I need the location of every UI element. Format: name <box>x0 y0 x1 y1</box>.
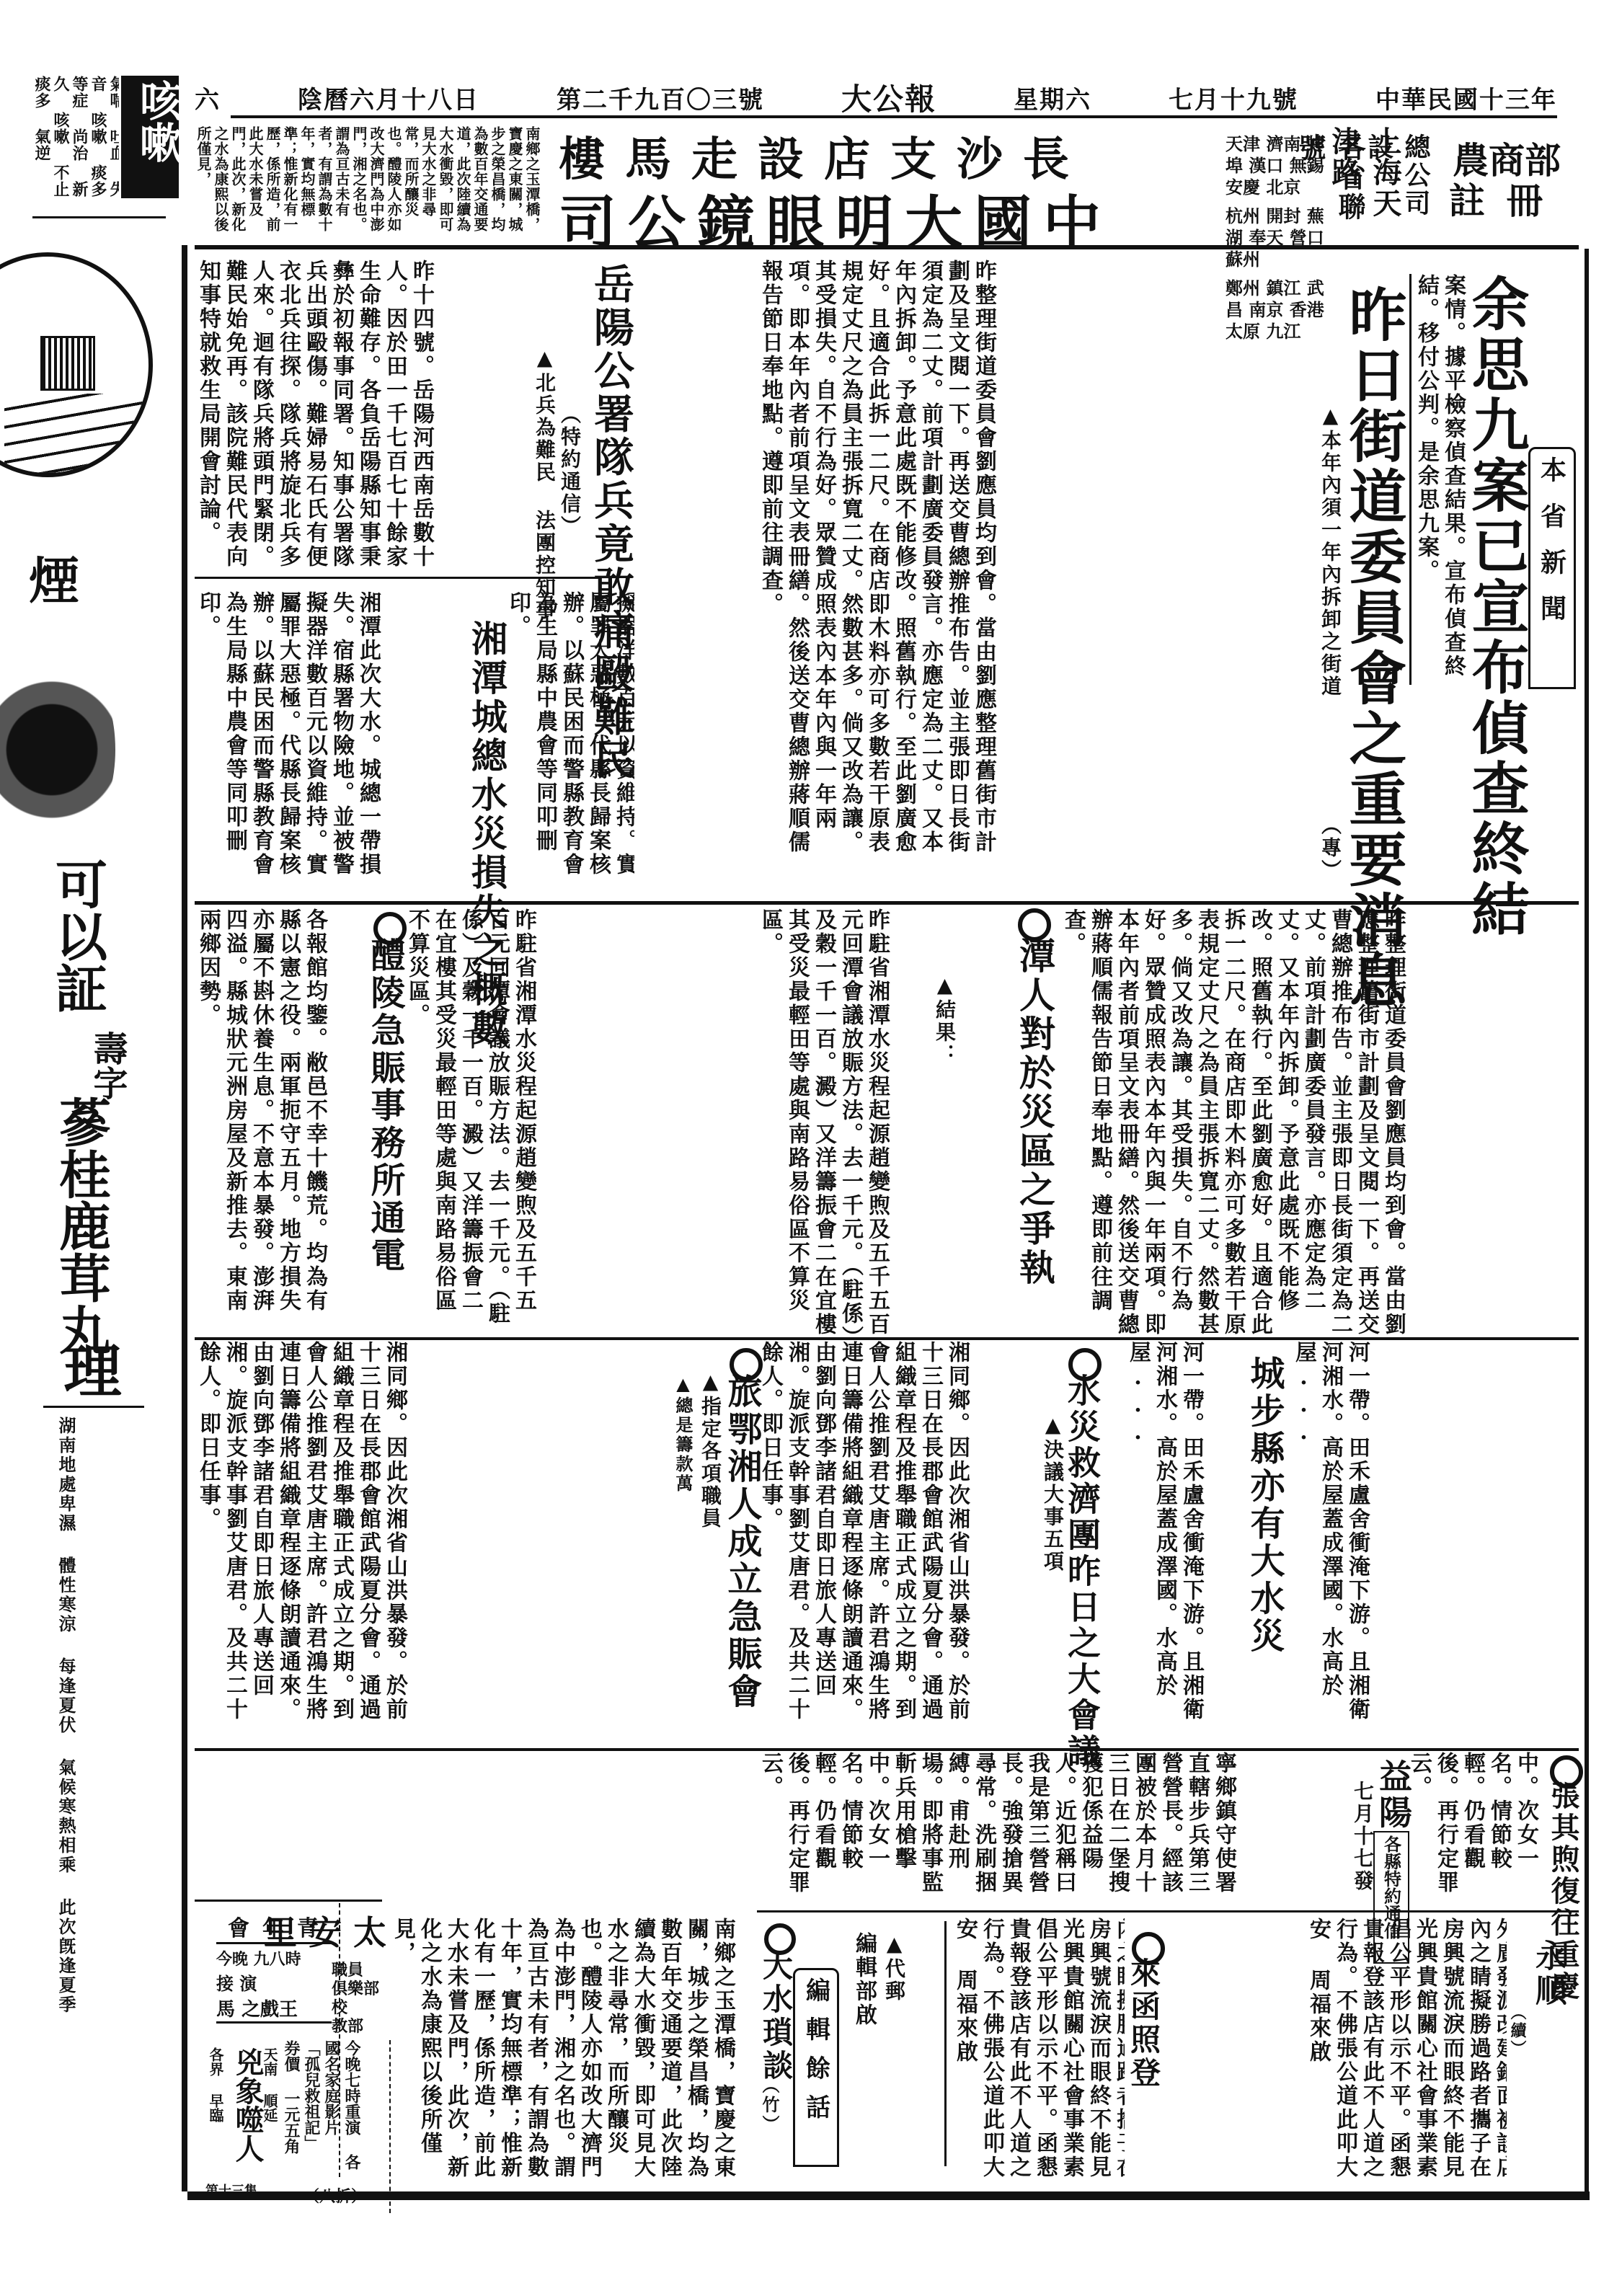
left-ad-divider-2 <box>43 1406 144 1408</box>
headline-yongshun: 永順 <box>1532 1939 1564 2008</box>
medicine-ad-suffix: 理 <box>47 1341 130 1399</box>
masthead-year: 中華民國十三年 <box>1375 80 1557 115</box>
masthead-issue-number: 第二千九百〇三號 <box>557 80 764 115</box>
divider-yueyang <box>195 577 598 579</box>
article-xiangtan-flood-body: 湘潭此次大水。城總一帶損失。宿縣署物險地。並被警擬器洋數百元以資維持。實屬罪大惡… <box>195 591 461 879</box>
cough-ad-title: 咳嗽 <box>121 76 193 167</box>
section-divider-lower <box>195 1337 1579 1340</box>
divider-yiyang <box>757 1910 1579 1912</box>
headline-liling-relief: 醴陵急賑事務所通電 <box>368 937 402 1275</box>
section-divider-middle <box>195 901 1579 905</box>
article-xiangtan-flood-intro: 湘潭此次大水。城總一帶損失。宿縣署物險地。並被警擬器洋數百元以資維持。實屬罪大惡… <box>505 591 634 879</box>
article-flood-talk-body: 南鄉之玉潭橋，寶慶之東關，城步之榮昌橋，均為數百年交通要道，此次陸續為大水衝毀，… <box>389 1918 750 2191</box>
headline-flood-relief-meeting: 水災救濟團昨日之大會議 <box>1065 1373 1099 1770</box>
top-ad-divider <box>195 245 1579 249</box>
dragon-illustration <box>0 634 115 865</box>
street-committee-byline: （專） <box>1316 815 1344 882</box>
smoke-ad-label: 煙 <box>29 541 79 613</box>
article-street-committee-body: 昨整理街道委員會劉應員均到會。當由劉應整理舊街市計劃及呈文閱一下。再送交曹總辦推… <box>757 260 1312 858</box>
headline-hunan-in-hubei: 旅鄂湘人成立急賑會 <box>724 1373 759 1711</box>
medicine-ad-product: 蔘桂鹿茸丸 <box>43 1096 118 1355</box>
editors-notes-label: 編輯餘話 <box>793 1968 839 2167</box>
floor-tiles-icon <box>4 394 149 473</box>
taianli-lines: 職員 俱樂部 校 教部 <box>332 1961 396 2036</box>
article-xiangtan-dispute-body: 昨駐省湘潭水災程起源趙變煦及五千五百元回潭會議放賑方法。去一千元。（駐係）及穀一… <box>757 908 923 1341</box>
top-left-small-ad: 南鄉之玉潭橋，寶慶之東關，城步之榮昌橋，均為數百年交通要道，此次陸續為大水衝毀，… <box>195 126 548 234</box>
cough-ad-text: 氣喘 吐血 失音 咳嗽 痰多 等症 尚治 新久 咳嗽 不止 痰多 氣逆 <box>32 76 119 198</box>
article-hunan-in-hubei-body: 湘同鄉。因此次湘省山洪暴發。於前十三日在長郡會館武陽夏分會。通過組織章程及推舉職… <box>195 1341 663 1745</box>
film-ad: 今晚七時重演 各國名家庭影片 「孤兒救祖記」 券價 一元五角 （八折） <box>281 2040 391 2213</box>
left-ad-divider-1 <box>32 216 166 218</box>
article-chengbu-body: 河一帶。田禾盧舍衝淹下游。且湘衛河湘水。高於屋蓋成澤國。水高於屋... <box>1290 1341 1579 1745</box>
headline-yiyang: 益陽 <box>1377 1759 1410 1831</box>
burner-icon <box>40 336 95 391</box>
cough-ad-title-box: 咳嗽 <box>121 76 179 198</box>
masthead-lunar-date: 陰曆六月十八日 <box>298 80 479 115</box>
headline-yu-sijiu: 余思九案已宣布偵查終結 <box>1467 274 1525 940</box>
ymca-ad: 青年會 今晚 九八時 接 演 馬 之戲王 <box>216 1910 332 2024</box>
top-ad-band: 農商部 註冊 總公司設 上海天津路 各省聯號 天津 濟南 蚌埠 漢口 無錫 安慶… <box>195 119 1579 245</box>
elephant-film-line1: 天南 順延 <box>260 2047 280 2122</box>
column-rule-1 <box>1409 274 1412 685</box>
xiangtan-dispute-lead: ▲結果： <box>930 973 959 1066</box>
masthead-divider <box>231 115 1557 118</box>
headline-chengbu-flood: 城步縣亦有大水災 <box>1247 1355 1282 1655</box>
film-line-1: 今晚七時重演 <box>342 2040 361 2135</box>
medicine-ad-description: 湖南地處卑濕 體性寒涼 每逢夏伏 氣候寒熱相乘 此次旣逢夏季 <box>50 1417 159 2209</box>
page-bottom-border <box>187 2191 1590 2200</box>
yiyang-date-note: 七月十七發 <box>1348 1781 1377 1892</box>
headline-flood-talk: 大水瑣談 <box>761 1950 791 2083</box>
article-flood-relief-continued: 昨駐省湘潭水災程起源趙變煦及五千五百元回潭會議放賑方法。去一千元。（駐係）及穀一… <box>404 908 750 1326</box>
masthead-weekday: 星期六 <box>1014 80 1091 115</box>
article-street-addresses: 昨整理街道委員會劉應員均到會。當由劉應整理舊街市計劃及呈文閱一下。再送交曹總辦推… <box>1060 908 1579 1341</box>
ministry-registered-label: 農商部 註冊 <box>1442 141 1572 221</box>
left-ad-column: 咳嗽 氣喘 吐血 失音 咳嗽 痰多 等症 尚治 新久 咳嗽 不止 痰多 氣逆 煙… <box>0 43 184 2206</box>
local-news-section-label: 本省新聞 <box>1528 447 1576 689</box>
article-yueyang-body: 昨十四號。岳陽河西南岳數十人。因於田一千七百七十餘家生命難存。各負岳陽縣知事秉彝… <box>195 260 526 577</box>
flood-talk-byline: （竹） <box>757 2076 782 2135</box>
editorial-note-body: 漵浦懋哀君鑒稿酒址編輯部啟 <box>851 1932 879 2148</box>
film-price-1: 券價 一元五角 <box>282 2040 301 2154</box>
headline-xiangtan-dispute: 潭人對於災區之爭執 <box>1016 937 1052 1287</box>
yueyang-lead: ▲北兵為難民 法團控知事 <box>530 346 559 621</box>
ymca-note: 接 演 <box>216 1969 332 1995</box>
medicine-ad-brand: 壽字 <box>83 1031 133 1100</box>
article-yongshun-body: 敬啟者。竊來住南門外與陸前命二子五桂年十歲在外廣發源改建鋪面被該店內之睛擬勝過路… <box>1305 1918 1507 2184</box>
article-zhang-qixi-body: 寧鄉鎮守使署直轄步兵第三營營長。經該團被於本月十三日在二堡搜獲犯係益陽人。近犯稱… <box>1406 1752 1543 1910</box>
right-page-border <box>1585 249 1589 2191</box>
bottom-ad-top-rule <box>195 1900 382 1902</box>
ymca-showtime: 今晚 九八時 <box>216 1947 332 1969</box>
elephant-film-line3: 各界 早臨 <box>205 2047 226 2122</box>
editorial-note: ▲代郵 <box>879 1932 941 2148</box>
hunan-in-hubei-sublead: ▲總是籌款萬 <box>670 1373 696 1494</box>
yueyang-byline: （特約通信） <box>555 404 584 538</box>
article-yiyang-body: 寧鄉鎮守使署直轄步兵第三營營長。經該團被於本月十三日在二堡搜獲犯係益陽人。近犯稱… <box>757 1752 1341 1910</box>
masthead-page-number: 六 <box>195 80 221 115</box>
street-committee-lead: ▲本年內須一年內拆卸之街道 <box>1316 404 1344 807</box>
section-title: 本省新聞 <box>1534 456 1571 641</box>
article-chengbu-body-2: 河一帶。田禾盧舍衝淹下游。且湘衛河湘水。高於屋蓋成澤國。水高於屋... <box>1125 1341 1244 1745</box>
article-yu-sijiu-body: 前據王檢察官廷爾偵一時提訊余思九。當由管轄解送初級檢察廳解辦。余思九案情。據平檢… <box>1413 274 1467 685</box>
ymca-title: 青年會 <box>216 1910 332 1944</box>
article-liling-relief-body: 各報館均鑒。敝邑不幸十饑荒。均為有縣以憲之役。兩軍扼守五月。地方損失亦屬不斟休養… <box>195 908 364 1326</box>
masthead-date: 七月十九號 <box>1169 80 1298 115</box>
masthead-row: 中華民國十三年 七月十九號 星期六 大公報 第二千九百〇三號 陰曆六月十八日 六 <box>195 79 1557 115</box>
headline-letter: 來函照登 <box>1128 1957 1158 2090</box>
yongshun-byline: （續） <box>1507 2004 1529 2058</box>
masthead-paper-name: 大公報 <box>841 76 936 119</box>
left-column-border <box>182 245 187 2191</box>
elephant-film-ad: 兇象噬人 天南 順延 各界 早臨 第十三集 <box>205 2040 278 2213</box>
flood-relief-meeting-lead: ▲決議大事五項 <box>1038 1413 1067 1573</box>
hunan-in-hubei-lead: ▲指定各項職員 <box>696 1370 724 1530</box>
ymca-play: 馬 之戲王 <box>216 1995 332 2024</box>
article-letter-body: 敬啟者。竊來住南門外與陸前命二子五桂年十歲在外廣發源改建鋪面被該店內之睛擬勝過路… <box>952 1918 1125 2184</box>
film-title: 「孤兒救祖記」 <box>302 2040 321 2151</box>
article-flood-relief-meeting-body: 湘同鄉。因此次湘省山洪暴發。於前十三日在長郡會館武陽夏分會。通過組織章程及推舉職… <box>757 1341 1031 1745</box>
section-divider-bottom <box>195 1748 1579 1751</box>
column-rule-letter <box>944 1921 947 2166</box>
medicine-ad-slogan: 可以証 <box>40 858 115 1014</box>
incense-burner-illustration <box>0 252 153 477</box>
